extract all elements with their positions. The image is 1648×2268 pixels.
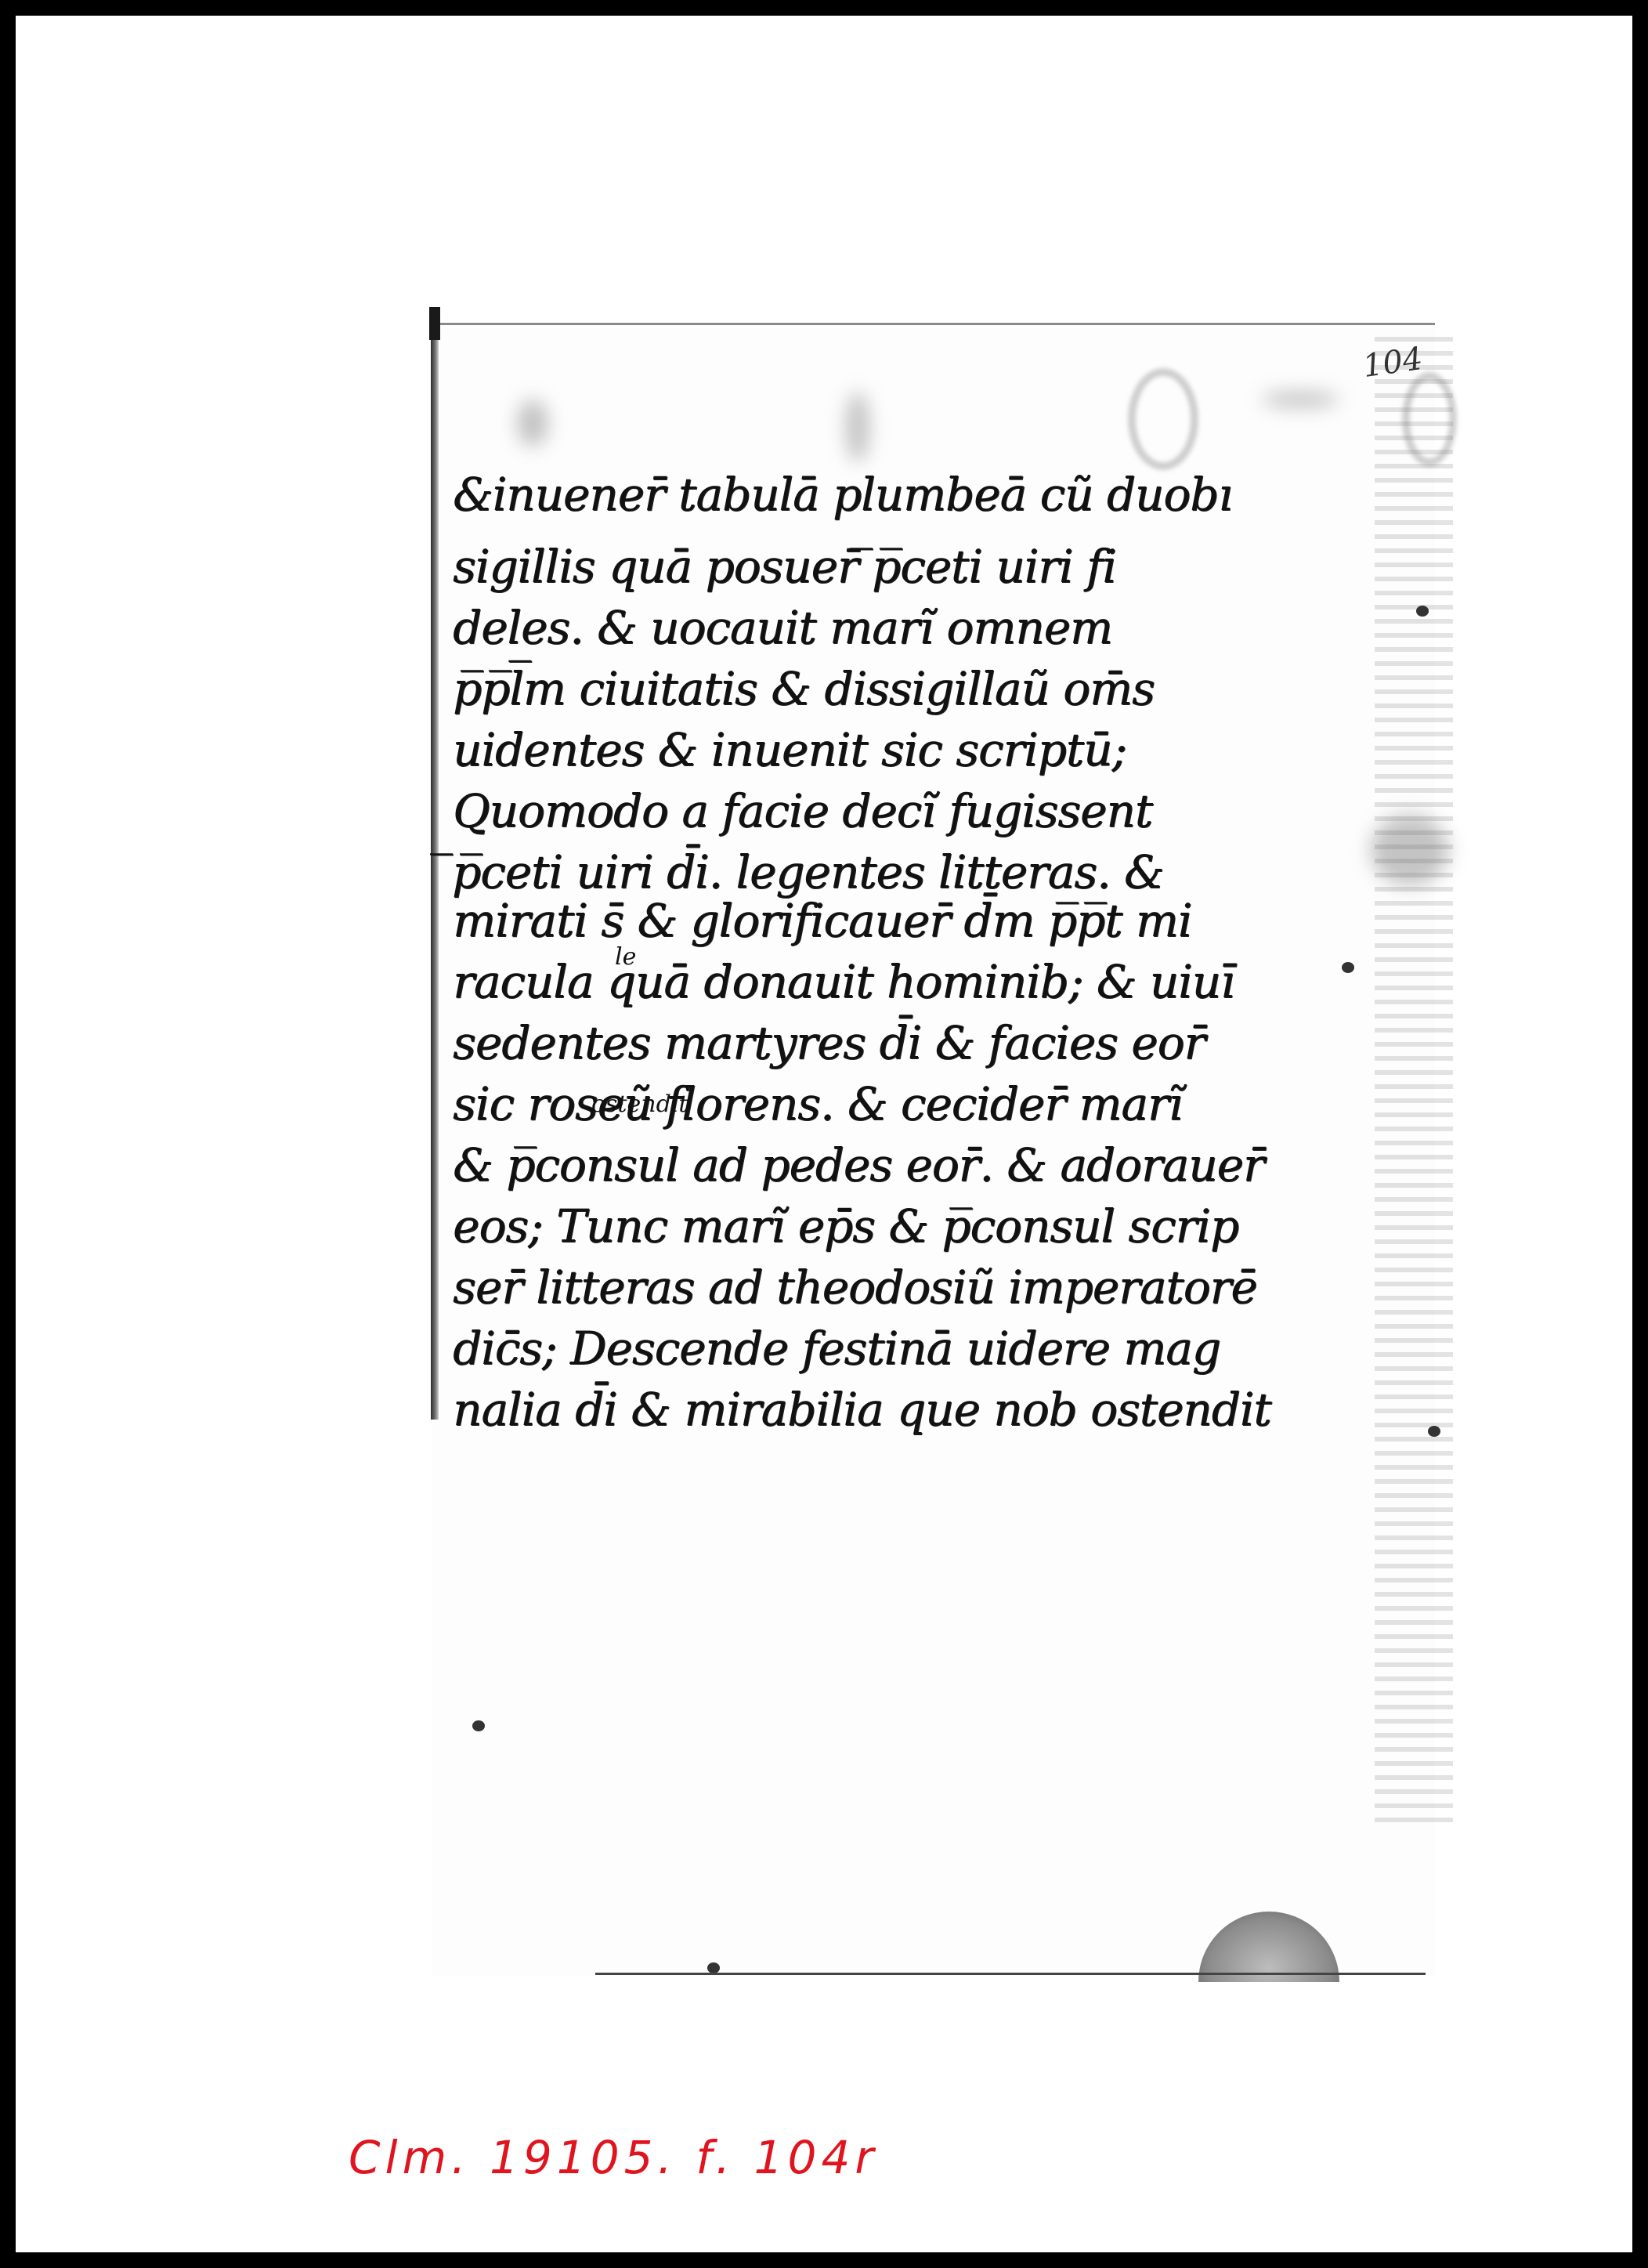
interlinear-gloss: le	[615, 946, 636, 969]
ink-show-through	[846, 392, 869, 462]
ink-show-through	[1261, 392, 1339, 407]
interlinear-gloss: ostendit	[591, 1093, 688, 1116]
ghost-letter-mark	[1402, 372, 1457, 466]
ink-show-through	[517, 400, 548, 447]
leaf-gutter-shadow	[431, 307, 439, 1420]
manuscript-line: &inuener̄ tabulā plumbeā cũ duobı	[453, 458, 1393, 530]
manuscript-text-block: &inuener̄ tabulā plumbeā cũ duobı sigill…	[453, 458, 1393, 1445]
shelfmark-annotation: Clm. 19105. f. 104r	[349, 2131, 878, 2184]
margin-dot	[472, 1720, 485, 1731]
margin-dot	[707, 1962, 720, 1973]
leaf-bottom-edge	[595, 1973, 1426, 1975]
margin-dot	[1428, 1426, 1440, 1437]
leaf-corner-tab	[429, 307, 440, 340]
manuscript-line: nalia d̄i & mirabilia que nob ostendit	[453, 1373, 1393, 1445]
ghost-letter-mark	[1128, 368, 1198, 470]
margin-dot	[1416, 606, 1429, 617]
